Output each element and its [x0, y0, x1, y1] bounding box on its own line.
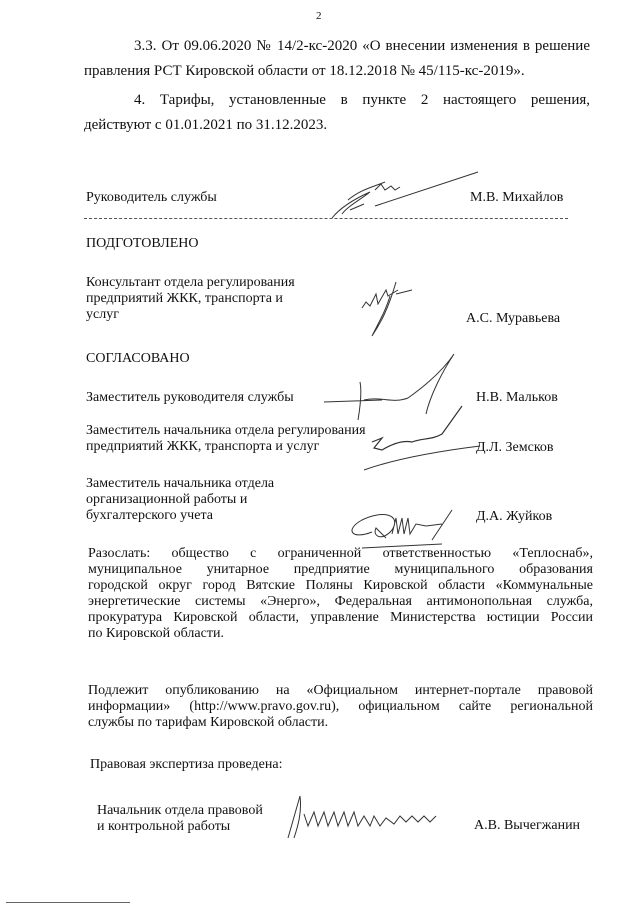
- agreed-signer-3-name: Д.А. Жуйков: [476, 509, 552, 525]
- distribution-line: по Кировской области.: [88, 626, 593, 642]
- distribution-line: энергетические системы «Энерго», Федерал…: [88, 594, 593, 610]
- clause-4: 4. Тарифы, установленные в пункте 2 наст…: [84, 88, 590, 138]
- prepared-position: Консультант отдела регулирования предпри…: [86, 275, 295, 323]
- publication-line: информации» (http://www.pravo.gov.ru), о…: [88, 699, 593, 715]
- distribution-line: городской округ город Вятские Поляны Кир…: [88, 578, 593, 594]
- signature-mikhailov-icon: [330, 170, 480, 222]
- clause-3-3-line-1: 3.3. От 09.06.2020 № 14/2-кс-2020 «О вне…: [84, 34, 590, 59]
- signature-zemskov-icon: [362, 404, 482, 474]
- prepared-position-line: услуг: [86, 307, 295, 323]
- agreed-signer-3-position-line: организационной работы и: [86, 492, 274, 508]
- signature-zhuikov-icon: [342, 500, 472, 550]
- head-title: Руководитель службы: [86, 190, 217, 206]
- legal-review-name: А.В. Вычегжанин: [474, 818, 580, 834]
- prepared-name: А.С. Муравьева: [466, 311, 560, 327]
- page-number: 2: [316, 10, 322, 22]
- agreed-signer-2-position-line: предприятий ЖКК, транспорта и услуг: [86, 439, 366, 455]
- signature-muravyeva-icon: [360, 280, 420, 340]
- footnote-rule: [6, 902, 130, 903]
- agreed-signer-1-name: Н.В. Мальков: [476, 390, 558, 406]
- publication-block: Подлежит опубликованию на «Официальном и…: [88, 683, 593, 731]
- prepared-heading: ПОДГОТОВЛЕНО: [86, 236, 198, 252]
- legal-review-position-line: Начальник отдела правовой: [97, 803, 263, 819]
- agreed-heading: СОГЛАСОВАНО: [86, 351, 190, 367]
- prepared-position-line: Консультант отдела регулирования: [86, 275, 295, 291]
- head-name: М.В. Михайлов: [470, 190, 563, 206]
- legal-review-position-line: и контрольной работы: [97, 819, 263, 835]
- agreed-signer-2-position: Заместитель начальника отдела регулирова…: [86, 423, 366, 455]
- clause-3-3-line-2: правления РСТ Кировской области от 18.12…: [84, 59, 590, 84]
- publication-line: службы по тарифам Кировской области.: [88, 715, 593, 731]
- agreed-signer-3-position-line: бухгалтерского учета: [86, 508, 274, 524]
- signature-vychegzhanin-icon: [286, 794, 461, 840]
- clause-4-line-2: действуют с 01.01.2021 по 31.12.2023.: [84, 113, 590, 138]
- distribution-block: Разослать: общество с ограниченной ответ…: [88, 546, 593, 642]
- agreed-signer-2-name: Д.Л. Земсков: [476, 440, 554, 456]
- distribution-line: Разослать: общество с ограниченной ответ…: [88, 546, 593, 562]
- legal-review-position: Начальник отдела правовой и контрольной …: [97, 803, 263, 835]
- distribution-line: прокуратура Кировской области, управлени…: [88, 610, 593, 626]
- agreed-signer-2-position-line: Заместитель начальника отдела регулирова…: [86, 423, 366, 439]
- distribution-line: муниципальное унитарное предприятие муни…: [88, 562, 593, 578]
- clause-4-line-1: 4. Тарифы, установленные в пункте 2 наст…: [84, 88, 590, 113]
- agreed-signer-3-position: Заместитель начальника отдела организаци…: [86, 476, 274, 524]
- legal-review-heading: Правовая экспертиза проведена:: [90, 757, 282, 773]
- publication-line: Подлежит опубликованию на «Официальном и…: [88, 683, 593, 699]
- clause-3-3: 3.3. От 09.06.2020 № 14/2-кс-2020 «О вне…: [84, 34, 590, 84]
- separator-line: [84, 218, 568, 219]
- prepared-position-line: предприятий ЖКК, транспорта и: [86, 291, 295, 307]
- agreed-signer-3-position-line: Заместитель начальника отдела: [86, 476, 274, 492]
- agreed-signer-1-position: Заместитель руководителя службы: [86, 390, 294, 406]
